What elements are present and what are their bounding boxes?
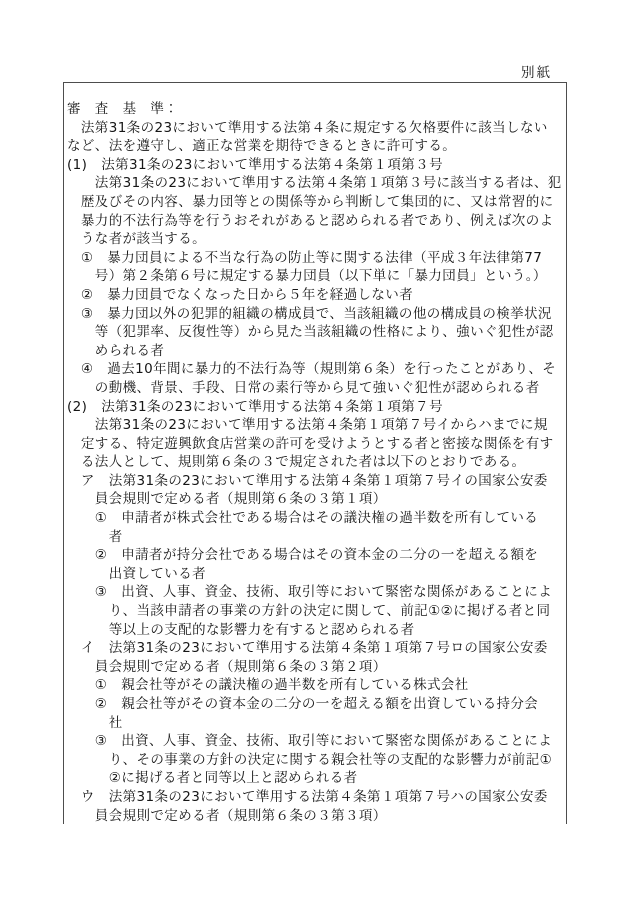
document-title: 審 査 基 準： <box>67 100 564 119</box>
text-line: ア 法第31条の23において準用する法第４条第１項第７号イの国家公安委 <box>67 472 564 491</box>
text-line: ③ 暴力団以外の犯罪的組織の構成員で、当該組織の他の構成員の検挙状況 <box>67 305 564 324</box>
text-line: ③ 出資、人事、資金、技術、取引等において緊密な関係があることによ <box>67 583 564 602</box>
text-line: 出資している者 <box>67 565 564 584</box>
text-line: る法人として、規則第６条の３で規定された者は以下のとおりである。 <box>67 453 564 472</box>
text-line: ④ 過去10年間に暴力的不法行為等（規則第６条）を行ったことがあり、そ <box>67 360 564 379</box>
text-line: ウ 法第31条の23において準用する法第４条第１項第７号ハの国家公安委 <box>67 788 564 807</box>
text-line: ① 親会社等がその議決権の過半数を所有している株式会社 <box>67 676 564 695</box>
text-line: ③ 出資、人事、資金、技術、取引等において緊密な関係があることによ <box>67 732 564 751</box>
document-border-box: 審 査 基 準： 法第31条の23において準用する法第４条に規定する欠格要件に該… <box>63 82 567 824</box>
text-line: 定する、特定遊興飲食店営業の許可を受けようとする者と密接な関係を有す <box>67 435 564 454</box>
text-line: 法第31条の23において準用する法第４条第１項第３号に該当する者は、犯 <box>67 174 564 193</box>
text-line: 歴及びその内容、暴力団等との関係等から判断して集団的に、又は常習的に <box>67 193 564 212</box>
text-line: 員会規則で定める者（規則第６条の３第１項） <box>67 490 564 509</box>
text-line: 員会規則で定める者（規則第６条の３第３項） <box>67 807 564 824</box>
text-line: 法第31条の23において準用する法第４条に規定する欠格要件に該当しない <box>67 119 564 138</box>
text-line: り、その事業の方針の決定に関する親会社等の支配的な影響力が前記① <box>67 751 564 770</box>
text-line: 者 <box>67 528 564 547</box>
text-line: ② 親会社等がその資本金の二分の一を超える額を出資している持分会 <box>67 695 564 714</box>
text-line: の動機、背景、手段、日常の素行等から見て強いぐ犯性が認められる者 <box>67 379 564 398</box>
text-line: ②に掲げる者と同等以上と認められる者 <box>67 769 564 788</box>
text-line: うな者が該当する。 <box>67 230 564 249</box>
text-line: (2) 法第31条の23において準用する法第４条第１項第７号 <box>67 398 564 417</box>
text-line: など、法を遵守し、適正な営業を期待できるときに許可する。 <box>67 137 564 156</box>
text-line: ① 申請者が株式会社である場合はその議決権の過半数を所有している <box>67 509 564 528</box>
text-line: イ 法第31条の23において準用する法第４条第１項第７号ロの国家公安委 <box>67 639 564 658</box>
text-line: 号）第２条第６号に規定する暴力団員（以下単に「暴力団員」という。） <box>67 267 564 286</box>
text-line: ② 申請者が持分会社である場合はその資本金の二分の一を超える額を <box>67 546 564 565</box>
text-line: 社 <box>67 714 564 733</box>
text-line: められる者 <box>67 342 564 361</box>
document-body: 法第31条の23において準用する法第４条に規定する欠格要件に該当しないなど、法を… <box>67 119 564 824</box>
text-line: ② 暴力団員でなくなった日から５年を経過しない者 <box>67 286 564 305</box>
text-line: 等以上の支配的な影響力を有すると認められる者 <box>67 621 564 640</box>
text-line: 員会規則で定める者（規則第６条の３第２項） <box>67 658 564 677</box>
text-line: 法第31条の23において準用する法第４条第１項第７号イからハまでに規 <box>67 416 564 435</box>
text-line: 暴力的不法行為等を行うおそれがあると認められる者であり、例えば次のよ <box>67 212 564 231</box>
text-line: り、当該申請者の事業の方針の決定に関して、前記①②に掲げる者と同 <box>67 602 564 621</box>
text-line: (1) 法第31条の23において準用する法第４条第１項第３号 <box>67 156 564 175</box>
text-line: ① 暴力団員による不当な行為の防止等に関する法律（平成３年法律第77 <box>67 249 564 268</box>
attachment-label: 別紙 <box>521 61 552 81</box>
text-line: 等（犯罪率、反復性等）から見た当該組織の性格により、強いぐ犯性が認 <box>67 323 564 342</box>
